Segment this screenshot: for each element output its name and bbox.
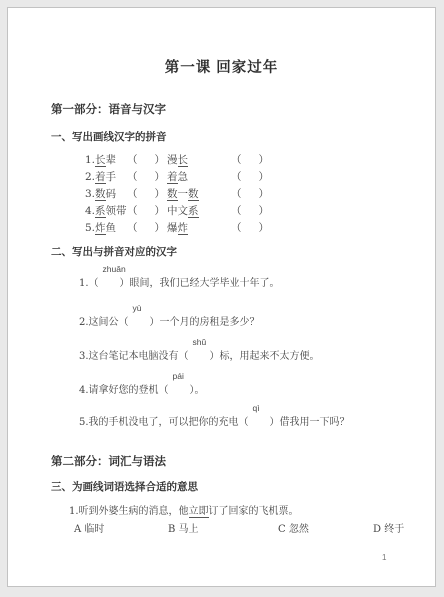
answer-blank: （） <box>231 220 269 235</box>
left-word: 3.数码 <box>85 186 127 201</box>
fill-in-item: 5.我的手机没电了，可以把你的充电（qì 5.我的手机没电了，可以把你的充电（）… <box>79 403 350 429</box>
pinyin-exercise-row: 4.系领带 （） 中文系 （） <box>85 201 269 218</box>
fill-in-sentence: 3.这台笔记本电脑没有（）标，用起来不太方便。 <box>79 350 320 363</box>
right-word: 数一数 <box>165 186 231 201</box>
right-word: 中文系 <box>165 203 231 218</box>
answer-blank: （） <box>127 220 165 235</box>
fill-in-item: 2.这间公（yù 2.这间公（）一个月的房租是多少？ <box>79 303 260 329</box>
fill-in-sentence: 2.这间公（）一个月的房租是多少？ <box>79 316 260 329</box>
screenshot-background: 第一课 回家过年 第一部分：语音与汉字 一、写出画线汉字的拼音 1.长辈 （） … <box>0 0 444 597</box>
fill-in-item: 3.这台笔记本电脑没有（shǔ 3.这台笔记本电脑没有（）标，用起来不太方便。 <box>79 337 320 363</box>
option-a: A 临时 <box>74 520 168 535</box>
pinyin-hint: zhuǎn <box>103 264 126 274</box>
fill-in-sentence: 4.请拿好您的登机（）。 <box>79 384 205 397</box>
pinyin-exercise-list: 1.长辈 （） 漫长 （） 2.着手 （） 着急 （） 3.数码 （） 数一数 … <box>85 150 269 235</box>
answer-blank: （） <box>231 186 269 201</box>
section1-heading: 一、写出画线汉字的拼音 <box>51 129 167 144</box>
choice-question-sentence: 1.听到外婆生病的消息，他立即订了回家的飞机票。 <box>69 502 299 517</box>
section3-heading: 三、为画线词语选择合适的意思 <box>51 479 198 494</box>
answer-blank: （） <box>231 152 269 167</box>
part2-heading: 第二部分：词汇与语法 <box>51 453 166 469</box>
right-word: 漫长 <box>165 152 231 167</box>
option-d: D 终于 <box>373 520 404 535</box>
answer-blank: （） <box>127 203 165 218</box>
left-word: 5.炸鱼 <box>85 220 127 235</box>
left-word: 1.长辈 <box>85 152 127 167</box>
answer-blank: （） <box>231 169 269 184</box>
answer-blank: （ <box>119 317 129 328</box>
choice-options-row: A 临时 B 马上 C 忽然 D 终于 <box>74 520 404 535</box>
answer-blank: （ <box>89 278 99 289</box>
answer-blank: （） <box>127 169 165 184</box>
underlined-word: 立即 <box>189 506 209 518</box>
fill-in-item: 4.请拿好您的登机（pái 4.请拿好您的登机（）。 <box>79 371 205 397</box>
pinyin-hint: shǔ <box>193 337 207 347</box>
option-c: C 忽然 <box>278 520 373 535</box>
answer-blank: （） <box>127 186 165 201</box>
answer-blank: （ <box>179 351 189 362</box>
right-word: 爆炸 <box>165 220 231 235</box>
fill-in-sentence: 1.（）眼间，我们已经大学毕业十年了。 <box>79 277 280 290</box>
pinyin-exercise-row: 3.数码 （） 数一数 （） <box>85 184 269 201</box>
fill-in-sentence: 5.我的手机没电了，可以把你的充电（）借我用一下吗？ <box>79 416 350 429</box>
worksheet-page: 第一课 回家过年 第一部分：语音与汉字 一、写出画线汉字的拼音 1.长辈 （） … <box>7 7 436 587</box>
right-word: 着急 <box>165 169 231 184</box>
part1-heading: 第一部分：语音与汉字 <box>51 101 166 117</box>
left-word: 2.着手 <box>85 169 127 184</box>
pinyin-exercise-row: 5.炸鱼 （） 爆炸 （） <box>85 218 269 235</box>
answer-blank: （ <box>239 417 249 428</box>
option-b: B 马上 <box>168 520 278 535</box>
pinyin-hint: pái <box>173 371 184 381</box>
left-word: 4.系领带 <box>85 203 127 218</box>
page-number: 1 <box>382 553 386 562</box>
pinyin-hint: yù <box>133 303 142 313</box>
pinyin-hint: qì <box>253 403 260 413</box>
answer-blank: （ <box>159 385 169 396</box>
section2-heading: 二、写出与拼音对应的汉字 <box>51 244 177 259</box>
answer-blank: （） <box>231 203 269 218</box>
lesson-title: 第一课 回家过年 <box>8 56 435 77</box>
answer-blank: （） <box>127 152 165 167</box>
fill-in-item: 1.（zhuǎn 1.（）眼间，我们已经大学毕业十年了。 <box>79 264 280 290</box>
pinyin-exercise-row: 2.着手 （） 着急 （） <box>85 167 269 184</box>
pinyin-exercise-row: 1.长辈 （） 漫长 （） <box>85 150 269 167</box>
